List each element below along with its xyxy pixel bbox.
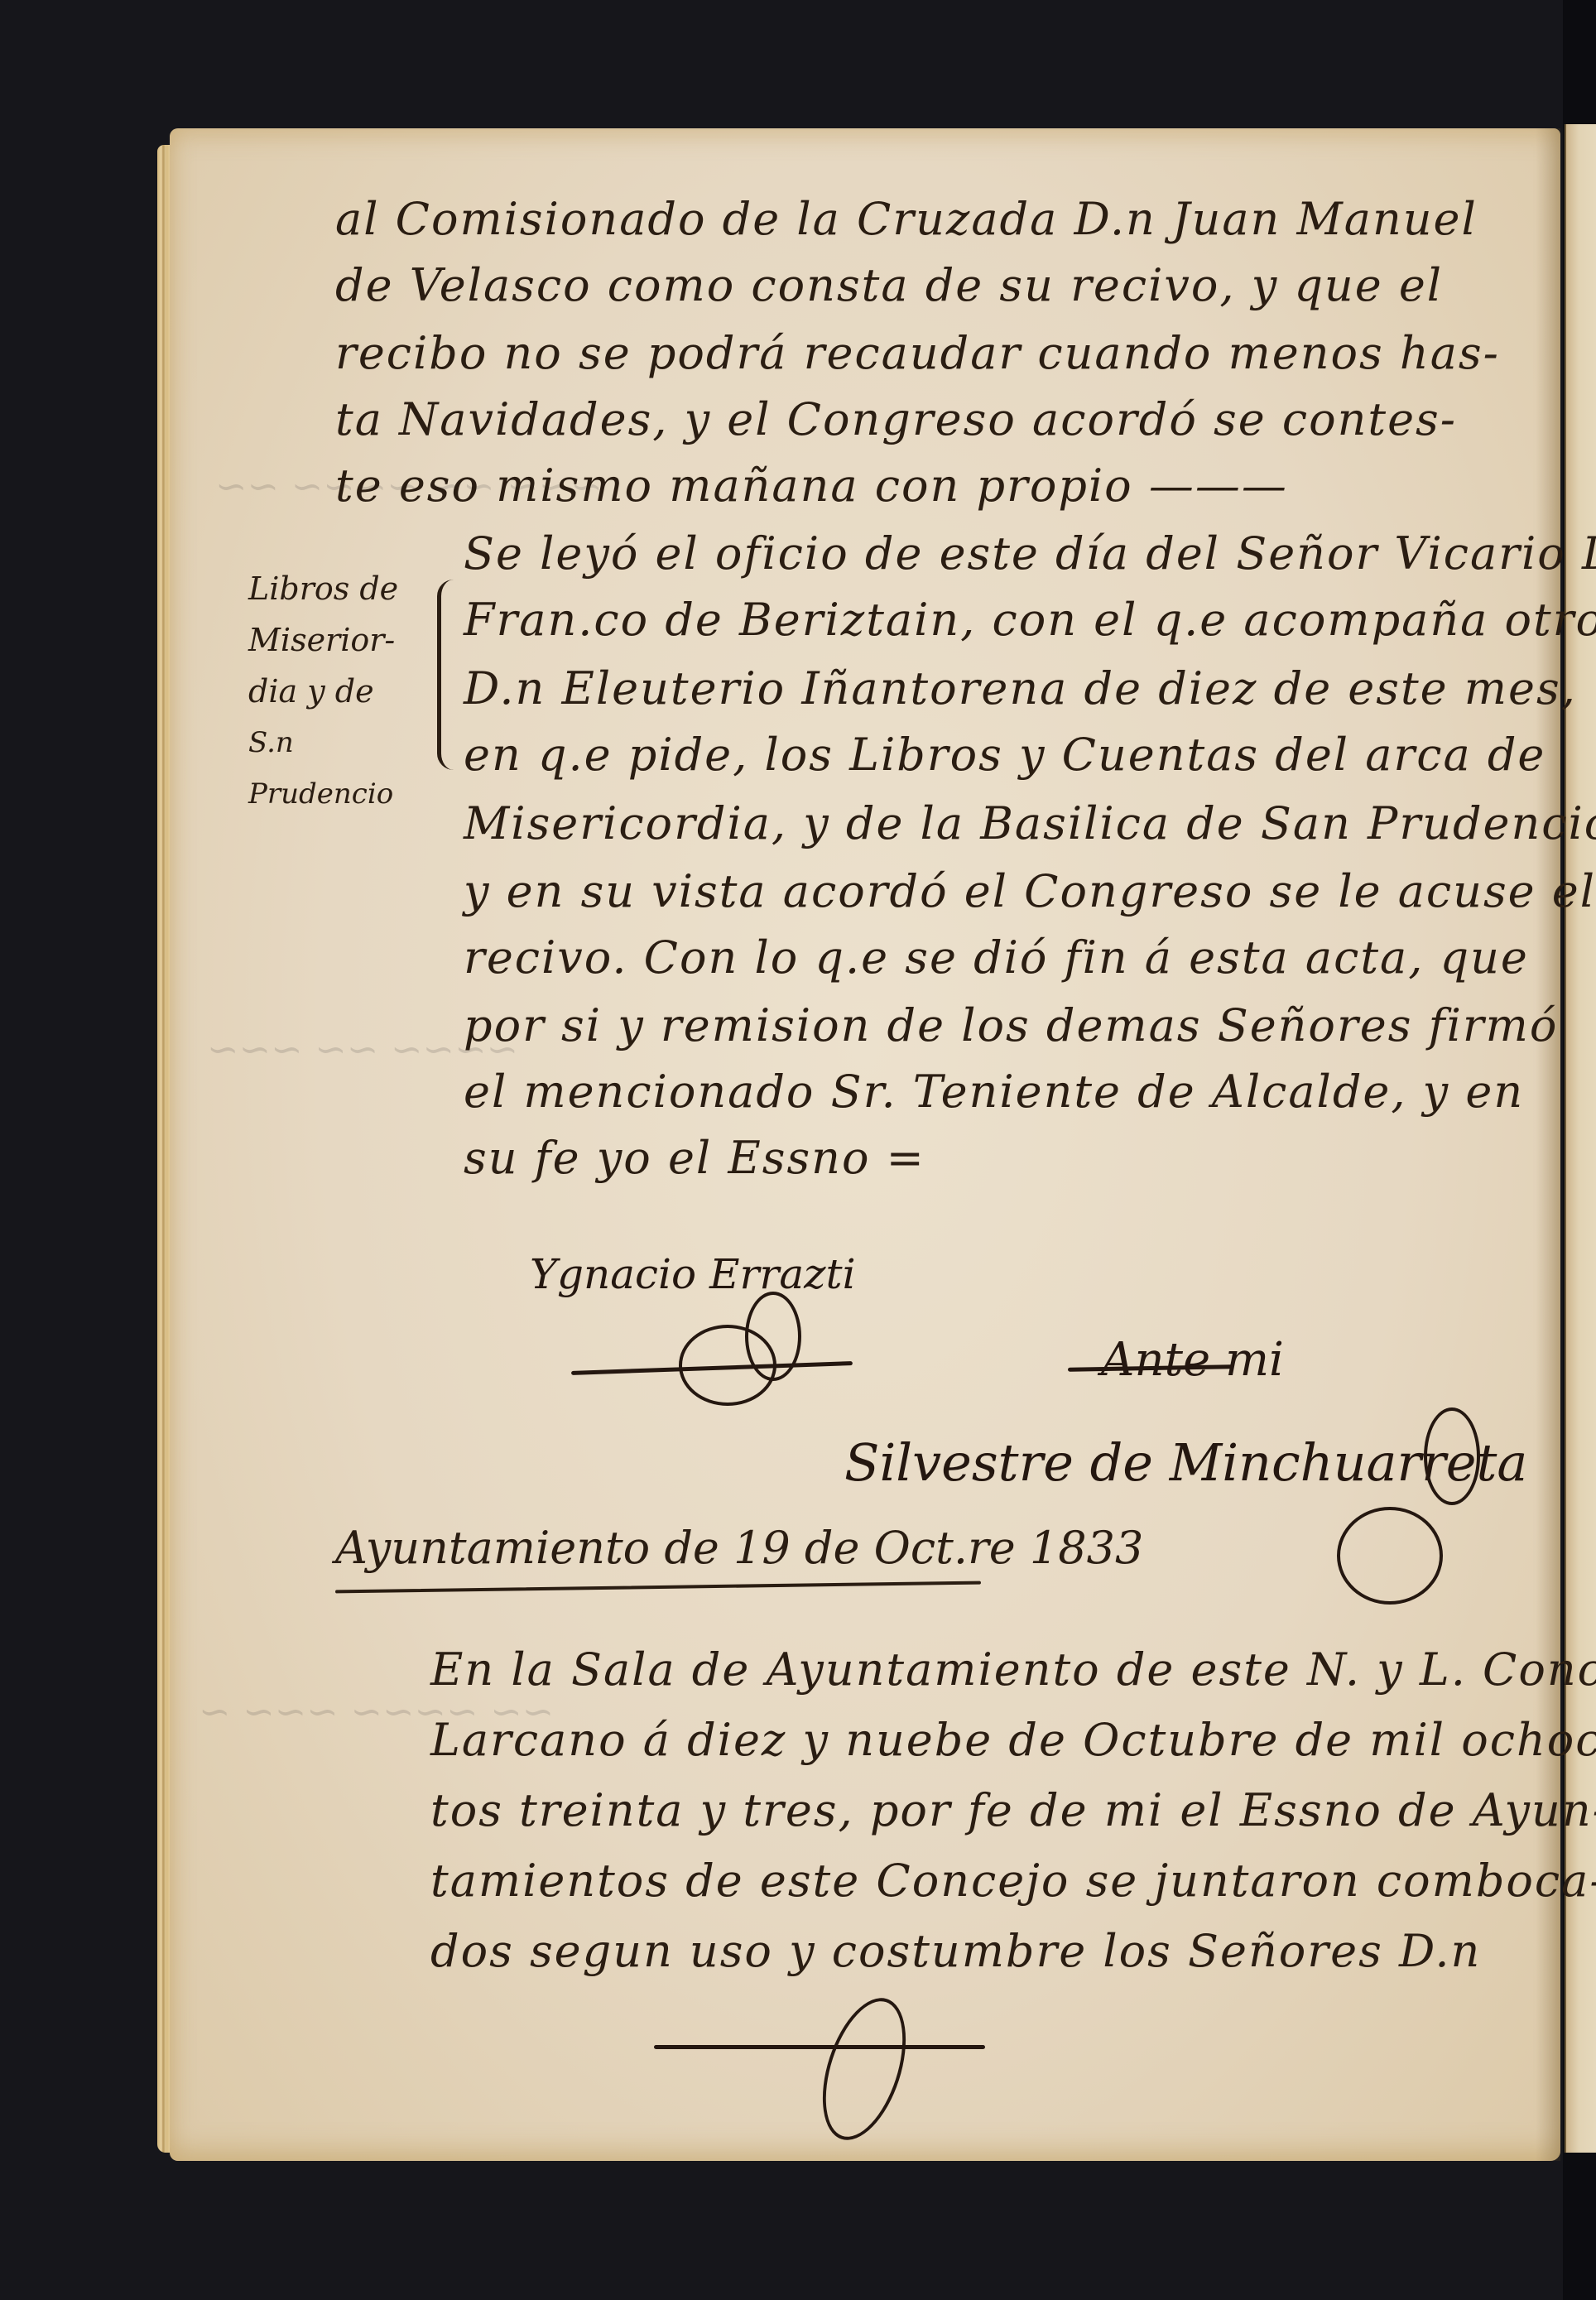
signature-flourish <box>1424 1407 1480 1505</box>
signature-flourish <box>1337 1507 1443 1605</box>
section-text-line: Larcano á diez y nuebe de Octubre de mil… <box>430 1718 1596 1763</box>
text-line: en q.e pide, los Libros y Cuentas del ar… <box>464 733 1546 777</box>
margin-note: Libros de Miserior- dia y de S.n Prudenc… <box>248 563 439 820</box>
margin-note-line: Libros de <box>248 563 439 614</box>
text-line: Misericordia, y de la Basilica de San Pr… <box>464 801 1596 846</box>
text-line: Se leyó el oficio de este día del Señor … <box>464 532 1596 576</box>
section-heading: Ayuntamiento de 19 de Oct.re 1833 <box>335 1522 1143 1574</box>
closing-flourish <box>807 1988 922 2150</box>
text-line: el mencionado Sr. Teniente de Alcalde, y… <box>464 1070 1524 1114</box>
section-text-line: tos treinta y tres, por fe de mi el Essn… <box>430 1788 1596 1833</box>
text-line: recibo no se podrá recaudar cuando menos… <box>335 331 1500 376</box>
text-line: y en su vista acordó el Congreso se le a… <box>464 869 1596 914</box>
margin-note-line: dia y de <box>248 666 439 717</box>
signature-flourish <box>745 1292 801 1381</box>
text-line: de Velasco como consta de su recivo, y q… <box>335 263 1443 308</box>
signature-ante-mi: Ante mi <box>1101 1333 1284 1387</box>
heading-underline <box>335 1581 981 1594</box>
text-line: te eso mismo mañana con propio ——— <box>335 464 1288 508</box>
margin-note-line: Miserior- <box>248 614 439 666</box>
text-line: ta Navidades, y el Congreso acordó se co… <box>335 397 1457 442</box>
margin-note-line: S.n Prudencio <box>248 717 439 820</box>
text-line: recivo. Con lo q.e se dió fin á esta act… <box>464 936 1529 980</box>
text-line: al Comisionado de la Cruzada D.n Juan Ma… <box>335 197 1478 242</box>
section-text-line: En la Sala de Ayuntamiento de este N. y … <box>430 1648 1596 1692</box>
text-line: Fran.co de Beriztain, con el q.e acompañ… <box>464 598 1596 642</box>
section-text-line: tamientos de este Concejo se juntaron co… <box>430 1859 1596 1903</box>
signature-errazti: Ygnacio Errazti <box>530 1250 856 1298</box>
text-line: D.n Eleuterio Iñantorena de diez de este… <box>464 666 1577 711</box>
text-block: Libros de Miserior- dia y de S.n Prudenc… <box>0 0 1596 2300</box>
section-text-line: dos segun uso y costumbre los Señores D.… <box>430 1929 1481 1974</box>
margin-brace <box>437 580 463 770</box>
text-line: su fe yo el Essno = <box>464 1136 925 1181</box>
closing-rule <box>654 2045 985 2049</box>
text-line: por si y remision de los demas Señores f… <box>464 1003 1558 1048</box>
